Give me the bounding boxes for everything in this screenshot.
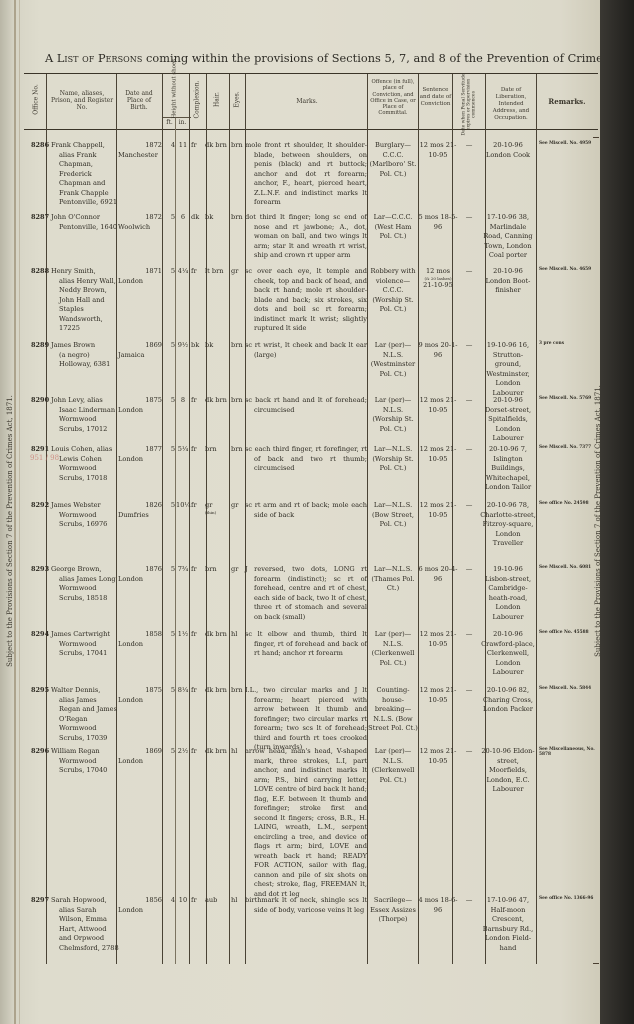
header-top-rule (24, 73, 598, 74)
sentence: 6 mos 20-4-96 (418, 565, 458, 584)
birth-place: London (118, 455, 168, 465)
remarks: See Miscell. No. 5769 (539, 396, 597, 401)
sentence: 5 mos 18-5-96 (418, 213, 458, 232)
eyes: gr (231, 565, 245, 575)
person-name: George Brown,alias James Long Wormwood S… (51, 565, 119, 603)
header-liberation: Date of Liberation, Intended Address, an… (487, 87, 535, 122)
header-eyes: Eyes. (234, 80, 241, 120)
birth-year: 1871 (118, 267, 162, 277)
marks: sc back rt hand and lt of forehead; circ… (245, 396, 367, 415)
side-bracket-bottom (593, 963, 599, 965)
offence: Burglary— C.C.C. (Marlboro' St. Pol. Ct.… (368, 141, 418, 179)
person-name: John O'ConnorPentonville, 1640 (51, 213, 119, 232)
eyes: brn (231, 445, 245, 455)
side-bracket-top (593, 137, 599, 139)
liberation: 20-10-96 London Cook (480, 141, 536, 160)
col-divider (175, 117, 176, 964)
remarks: 3 pre cons (539, 341, 597, 346)
liberation: 19-10-96 Lisbon-street, Cambridge-heath-… (480, 565, 536, 622)
col-divider (229, 74, 230, 964)
height-in: 2½ (176, 747, 190, 757)
eyes: hl (231, 747, 245, 757)
supervision: — (458, 565, 480, 575)
liberation: 20-10-96 London Boot-finisher (480, 267, 536, 296)
liberation: 17-10-96 38, Marlindale Road, Canning To… (480, 213, 536, 261)
remarks: See Miscell. No. 6081 (539, 565, 597, 570)
birth-year: 1876 (118, 565, 162, 575)
offence: Lar—N.L.S. (Worship St. Pol. Ct.) (368, 445, 418, 474)
hair: brn (205, 445, 229, 455)
sentence: 12 mos 21-10-95 (418, 747, 458, 766)
header-birth: Date and Place of Birth. (118, 90, 160, 111)
birth-place: London (118, 277, 168, 287)
supervision: — (458, 213, 480, 223)
header-offence: Offence (in full), place of Conviction, … (368, 79, 418, 117)
header-bottom-rule (24, 129, 598, 130)
eyes: brn (231, 396, 245, 406)
birth-place: London (118, 696, 168, 706)
eyes: hl (231, 630, 245, 640)
offence: Lar—N.L.S. (Bow Street, Pol. Ct.) (368, 501, 418, 530)
hair: gr(thin) (205, 501, 229, 515)
marks: sc lt elbow and thumb, third lt finger, … (245, 630, 367, 659)
side-note-left: Subject to the Provisions of Section 7 o… (6, 361, 18, 701)
supervision: — (458, 267, 480, 277)
header-in: in. (176, 119, 189, 126)
supervision: — (458, 396, 480, 406)
birth-year: 1856 (118, 896, 162, 906)
supervision: — (458, 686, 480, 696)
hair: dk brn (205, 141, 229, 151)
height-in: 7¾ (176, 565, 190, 575)
height-in: 8¼ (176, 686, 190, 696)
hair: dk brn (205, 396, 229, 406)
sentence: 12 mos 21-10-95 (418, 686, 458, 705)
sentence: 4 mos 18-6-96 (418, 896, 458, 915)
marks: I.L., two circular marks and J lt forear… (245, 686, 367, 753)
liberation: 20-10-96 78, Charlotte-street, Fitzroy-s… (480, 501, 536, 549)
header-hair: Hair. (214, 80, 221, 120)
eyes: gr (231, 267, 245, 277)
birth-place: Dumfries (118, 511, 168, 521)
hair: dk brn (205, 686, 229, 696)
height-in: 1½ (176, 630, 190, 640)
offence: Lar—N.L.S. (Thames Pol. Ct.) (368, 565, 418, 594)
supervision: — (458, 341, 480, 351)
hair: dk brn (205, 747, 229, 757)
person-name: John Levy, aliasIsaac Linderman Wormwood… (51, 396, 119, 434)
height-in: 6 (176, 213, 190, 223)
offence: Counting-house-breaking— N.L.S. (Bow Str… (368, 686, 418, 734)
header-sentence: Sentence and date of Conviction (419, 87, 452, 108)
header-supervision: Date when Penal Servitude expires or Sup… (462, 73, 477, 137)
remarks: See Miscellaneous, No. 5878 (539, 747, 597, 757)
header-marks: Marks. (250, 98, 364, 105)
liberation: 20-10-96 Eldon-street, Moorfields, Londo… (480, 747, 536, 795)
header-height: Height without shoes (172, 69, 179, 119)
birth-place: Jamaica (118, 351, 168, 361)
height-in: 10¼ (176, 501, 190, 511)
header-office-no: Office No. (33, 80, 40, 120)
offence: Robbery with violence— C.C.C. (Worship S… (368, 267, 418, 315)
offence: Lar (per)— N.L.S. (Worship St. Pol. Ct.) (368, 396, 418, 434)
header-complexion: Complexion. (194, 75, 201, 125)
supervision: — (458, 141, 480, 151)
header-name: Name, aliases, Prison, and Register No. (50, 90, 114, 111)
liberation: 20-10-96 Crawford-place, Clerkenwell, Lo… (480, 630, 536, 678)
col-divider (189, 74, 190, 964)
liberation: 20-10-96 7, Islington Buildings, Whitech… (480, 445, 536, 493)
sentence: 12 mos 21-10-95 (418, 501, 458, 520)
birth-place: London (118, 906, 168, 916)
header-remarks: Remarks. (538, 98, 596, 105)
col-divider (536, 74, 537, 964)
sentence: 12 mos 21-10-95 (418, 141, 458, 160)
person-name: James Brown(a negro) Holloway, 6381 (51, 341, 119, 370)
supervision: — (458, 445, 480, 455)
person-name: Frank Chappell,alias Frank Chapman, Fred… (51, 141, 119, 208)
person-name: Walter Dennis,alias James Regan and Jame… (51, 686, 119, 743)
birth-year: 1858 (118, 630, 162, 640)
page-title: A List of Persons coming within the prov… (45, 52, 600, 65)
hair: bk (205, 341, 229, 351)
birth-place: Woolwich (118, 223, 168, 233)
eyes: brn (231, 213, 245, 223)
marks: J reversed, two dots, LONG rt forearm (i… (245, 565, 367, 622)
person-name: Henry Smith,alias Henry Wall, Neddy Brow… (51, 267, 119, 334)
offence: Lar (per)— N.L.S. (Clerkenwell Pol. Ct.) (368, 747, 418, 785)
marks: birthmark lt of neck, shingle scs lt sid… (245, 896, 367, 915)
remarks: See Miscell. No. 4659 (539, 267, 597, 272)
hair: brn (205, 565, 229, 575)
birth-place: Manchester (118, 151, 168, 161)
hair: bk (205, 213, 229, 223)
birth-place: London (118, 575, 168, 585)
book-edge-shadow (600, 0, 634, 1024)
register-page: A List of Persons coming within the prov… (0, 0, 600, 1024)
hair: aub (205, 896, 229, 906)
sentence: 12 mos 21-10-95 (418, 396, 458, 415)
remarks: See Miscell. No. 7377 (539, 445, 597, 450)
marks: arrow head, man's head, V-shaped mark, t… (245, 747, 367, 899)
eyes: brn (231, 141, 245, 151)
birth-place: London (118, 406, 168, 416)
eyes: hl (231, 896, 245, 906)
eyes: brn (231, 686, 245, 696)
col-divider (46, 74, 47, 964)
remarks: See office No. 1366-96 (539, 896, 597, 901)
birth-year: 1872 (118, 141, 162, 151)
person-name: James WebsterWormwood Scrubs, 16976 (51, 501, 119, 530)
supervision: — (458, 747, 480, 757)
supervision: — (458, 630, 480, 640)
marks: sc over each eye, lt temple and cheek, t… (245, 267, 367, 334)
marks: sc rt wrist, lt cheek and back lt ear (l… (245, 341, 367, 360)
offence: Lar (per)— N.L.S. (Clerkenwell Pol. Ct.) (368, 630, 418, 668)
height-in: 10 (176, 896, 190, 906)
marks: sc each third finger, rt forefinger, rt … (245, 445, 367, 474)
person-name: William ReganWormwood Scrubs, 17040 (51, 747, 119, 776)
height-in: 4¼ (176, 267, 190, 277)
height-in: 5¼ (176, 445, 190, 455)
marks: sc rt arm and rt of back; mole each side… (245, 501, 367, 520)
liberation: 20-10-96 82, Charing Cross, London Packe… (480, 686, 536, 715)
col-divider (206, 74, 207, 964)
offence: Sacrilege— Essex Assizes (Thorpe) (368, 896, 418, 925)
liberation: 19-10-96 16, Strutton-ground, Westminste… (480, 341, 536, 398)
height-in: 11 (176, 141, 190, 151)
birth-place: London (118, 640, 168, 650)
supervision: — (458, 501, 480, 511)
eyes: brn (231, 341, 245, 351)
sentence: 9 mos 20-1-96 (418, 341, 458, 360)
offence: Lar (per)— N.L.S. (Westminster Pol. Ct.) (368, 341, 418, 379)
birth-year: 1872 (118, 213, 162, 223)
sentence: 12 mos 21-10-95 (418, 630, 458, 649)
sentence: 12 mos(& 20 lashes)21-10-95 (418, 267, 458, 290)
height-in: 9½ (176, 341, 190, 351)
birth-year: 1869 (118, 747, 162, 757)
binding-gutter-inner (19, 0, 20, 1024)
hair: dk brn (205, 630, 229, 640)
birth-year: 1875 (118, 396, 162, 406)
remarks: See office No. 45588 (539, 630, 597, 635)
birth-year: 1875 (118, 686, 162, 696)
hair: lt brn (205, 267, 229, 277)
eyes: gr (231, 501, 245, 511)
birth-year: 1877 (118, 445, 162, 455)
remarks: See Miscell. No. 5844 (539, 686, 597, 691)
marks: dot third lt finger; long sc end of nose… (245, 213, 367, 261)
marks: mole front rt shoulder, lt shoulder-blad… (245, 141, 367, 208)
person-name: Louis Cohen, aliasLewis Cohen Wormwood S… (51, 445, 119, 483)
sentence: 12 mos 21-10-95 (418, 445, 458, 464)
liberation: 17-10-96 47, Half-moon Crescent, Barnsbu… (480, 896, 536, 953)
person-name: James CartwrightWormwood Scrubs, 17041 (51, 630, 119, 659)
offence: Lar—C.C.C. (West Ham Pol. Ct.) (368, 213, 418, 242)
birth-year: 1826 (118, 501, 162, 511)
supervision: — (458, 896, 480, 906)
birth-place: London (118, 757, 168, 767)
height-in: 8 (176, 396, 190, 406)
person-name: Sarah Hopwood,alias Sarah Wilson, Emma H… (51, 896, 119, 953)
liberation: 20-10-96 Dorset-street, Spitalfields, Lo… (480, 396, 536, 444)
header-ft: ft. (164, 119, 175, 126)
remarks: See Miscell. No. 4959 (539, 141, 597, 146)
birth-year: 1869 (118, 341, 162, 351)
remarks: See office No. 24598 (539, 501, 597, 506)
